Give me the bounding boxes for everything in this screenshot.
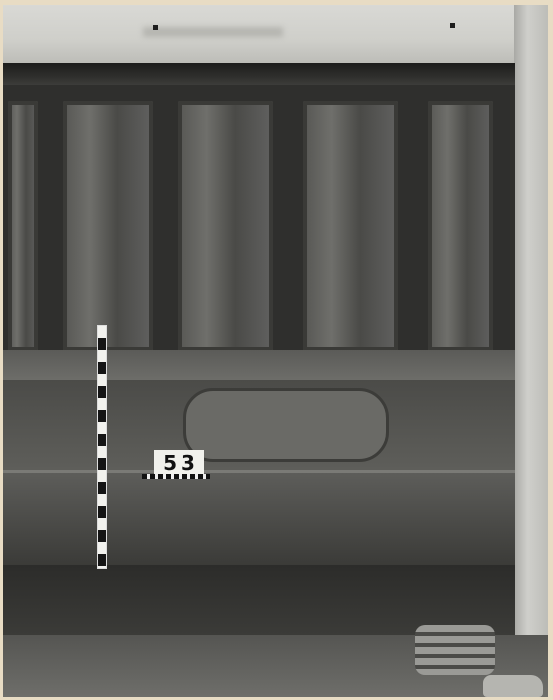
- cornice-beam: [3, 63, 515, 85]
- wood-panel: [178, 101, 273, 351]
- number-label-card: 5 3: [154, 450, 204, 476]
- oval-panel: [183, 388, 389, 462]
- plaster-wall: [3, 5, 548, 63]
- lower-panels: [3, 380, 515, 470]
- stacked-tiles: [415, 625, 495, 675]
- middle-rail: [3, 350, 515, 380]
- wood-panel: [428, 101, 493, 351]
- wall-pillar: [514, 5, 548, 697]
- wood-panel: [303, 101, 398, 351]
- photograph: 5 3: [3, 5, 548, 697]
- nail: [450, 23, 455, 28]
- wood-panel: [63, 101, 153, 351]
- measuring-rod: [97, 325, 107, 569]
- wood-panel: [8, 101, 38, 351]
- scale-bar: [142, 474, 210, 479]
- upper-panels: [3, 85, 515, 355]
- label-digit: 3: [181, 451, 195, 475]
- bench-board: [3, 470, 515, 568]
- nail: [153, 25, 158, 30]
- wall-stain: [143, 27, 283, 37]
- label-digit: 5: [163, 451, 177, 475]
- stone: [483, 675, 543, 697]
